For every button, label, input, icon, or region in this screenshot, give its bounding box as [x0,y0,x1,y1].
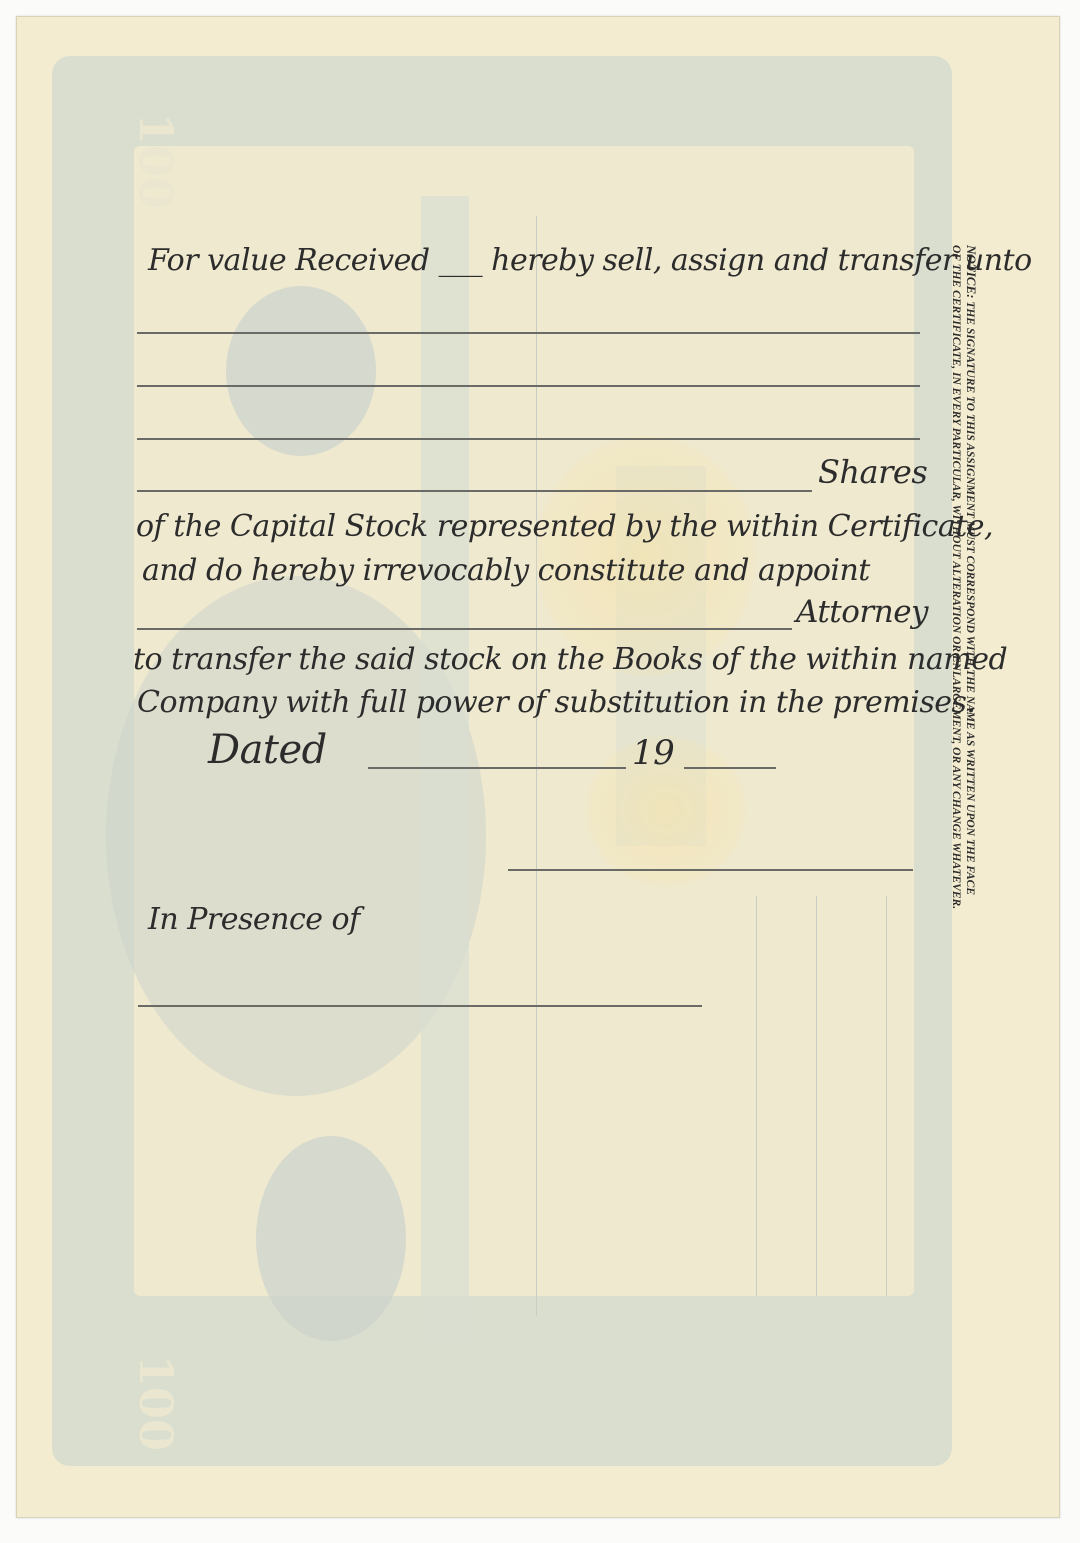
presence-label: In Presence of [148,905,360,935]
transferee-line-2[interactable] [137,385,920,387]
date-line[interactable] [368,767,626,769]
bleed-rule [536,216,537,1316]
transferee-line-3[interactable] [137,438,920,440]
bleed-rule [756,896,757,1296]
bleed-rule [886,896,887,1296]
witness-line[interactable] [138,1005,702,1007]
capital-stock-line: of the Capital Stock represented by the … [136,512,993,542]
bleed-vignette-top [226,286,376,456]
bleed-company-name-band [421,196,469,1346]
bleed-corner-numeral: 100 [129,113,183,209]
year-prefix: 19 [632,736,674,770]
transferee-line-1[interactable] [137,332,920,334]
bleed-seal [256,1136,406,1341]
bleed-corner-numeral: 100 [129,1355,183,1451]
year-line[interactable] [684,767,776,769]
notice-line-1: THE SIGNATURE TO THIS ASSIGNMENT MUST CO… [964,301,976,895]
appoint-line: and do hereby irrevocably constitute and… [142,556,870,586]
signature-notice: NOTICE: THE SIGNATURE TO THIS ASSIGNMENT… [949,245,978,1005]
transfer-line: to transfer the said stock on the Books … [133,645,1007,675]
dated-label: Dated [208,730,327,770]
notice-line-2: OF THE CERTIFICATE, IN EVERY PARTICULAR,… [949,245,963,1005]
notice-lead: NOTICE: [964,245,979,298]
company-line: Company with full power of substitution … [137,688,975,718]
signature-line[interactable] [508,869,913,871]
attorney-name-line[interactable] [137,628,792,630]
shares-count-line[interactable] [137,490,812,492]
attorney-label: Attorney [796,597,928,628]
shares-label: Shares [818,456,927,488]
assignment-line-1: For value Received ___ hereby sell, assi… [148,246,1032,276]
bleed-rule [816,896,817,1296]
